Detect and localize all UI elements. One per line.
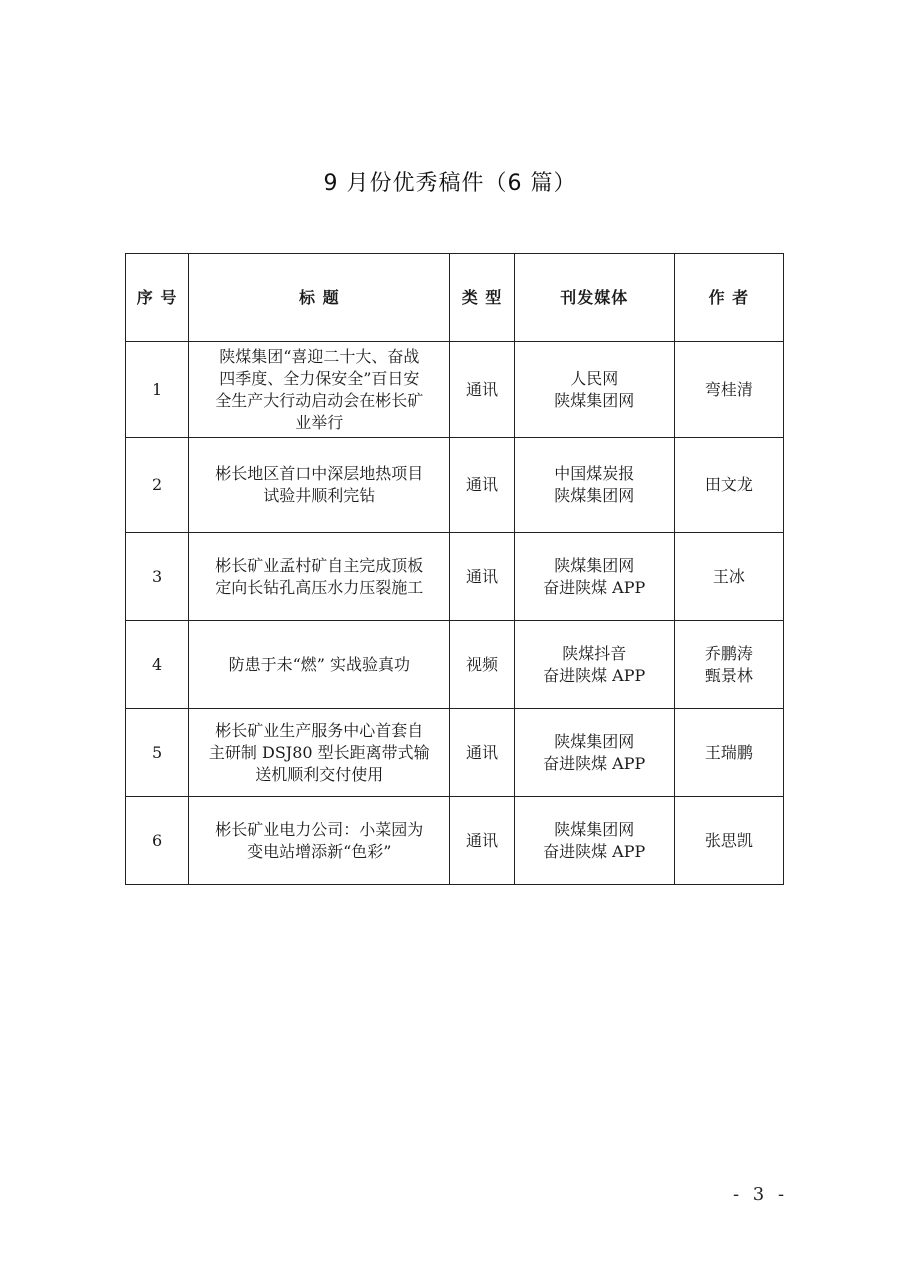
title-line: 全生产大行动启动会在彬长矿 — [195, 390, 443, 412]
cell-type: 通讯 — [450, 797, 514, 885]
title-line: 业举行 — [195, 412, 443, 434]
table-header-row: 序 号 标 题 类 型 刊发媒体 作 者 — [126, 254, 784, 342]
cell-title: 彬长地区首口中深层地热项目 试验井顺利完钻 — [189, 438, 450, 533]
cell-media: 人民网 陕煤集团网 — [514, 342, 674, 438]
header-title: 标 题 — [189, 254, 450, 342]
cell-media: 陕煤抖音 奋进陕煤 APP — [514, 621, 674, 709]
media-line: 陕煤集团网 — [521, 731, 668, 753]
media-line: 中国煤炭报 — [521, 463, 668, 485]
author-line: 王冰 — [681, 566, 777, 588]
title-line: 彬长矿业孟村矿自主完成顶板 — [195, 555, 443, 577]
title-line: 定向长钻孔高压水力压裂施工 — [195, 577, 443, 599]
cell-media: 陕煤集团网 奋进陕煤 APP — [514, 533, 674, 621]
table-row: 2 彬长地区首口中深层地热项目 试验井顺利完钻 通讯 中国煤炭报 陕煤集团网 田… — [126, 438, 784, 533]
table-row: 1 陕煤集团“喜迎二十大、奋战 四季度、全力保安全”百日安 全生产大行动启动会在… — [126, 342, 784, 438]
media-line: 人民网 — [521, 368, 668, 390]
media-line: 奋进陕煤 APP — [521, 753, 668, 775]
cell-media: 陕煤集团网 奋进陕煤 APP — [514, 709, 674, 797]
media-line: 陕煤集团网 — [521, 485, 668, 507]
cell-author: 张思凯 — [674, 797, 783, 885]
media-line: 陕煤集团网 — [521, 555, 668, 577]
title-line: 彬长矿业生产服务中心首套自 — [195, 720, 443, 742]
author-line: 乔鹏涛 — [681, 643, 777, 665]
table-row: 3 彬长矿业孟村矿自主完成顶板 定向长钻孔高压水力压裂施工 通讯 陕煤集团网 奋… — [126, 533, 784, 621]
cell-type: 通讯 — [450, 709, 514, 797]
header-media: 刊发媒体 — [514, 254, 674, 342]
media-line: 奋进陕煤 APP — [521, 841, 668, 863]
media-line: 陕煤集团网 — [521, 819, 668, 841]
media-line: 奋进陕煤 APP — [521, 665, 668, 687]
cell-author: 乔鹏涛 甄景林 — [674, 621, 783, 709]
cell-author: 王瑞鹏 — [674, 709, 783, 797]
title-line: 送机顺利交付使用 — [195, 764, 443, 786]
media-line: 陕煤集团网 — [521, 390, 668, 412]
header-no: 序 号 — [126, 254, 189, 342]
cell-title: 陕煤集团“喜迎二十大、奋战 四季度、全力保安全”百日安 全生产大行动启动会在彬长… — [189, 342, 450, 438]
cell-no: 5 — [126, 709, 189, 797]
cell-title: 彬长矿业生产服务中心首套自 主研制 DSJ80 型长距离带式输 送机顺利交付使用 — [189, 709, 450, 797]
cell-type: 通讯 — [450, 438, 514, 533]
cell-no: 6 — [126, 797, 189, 885]
cell-author: 田文龙 — [674, 438, 783, 533]
cell-type: 通讯 — [450, 342, 514, 438]
title-line: 陕煤集团“喜迎二十大、奋战 — [195, 346, 443, 368]
cell-author: 弯桂清 — [674, 342, 783, 438]
title-line: 变电站增添新“色彩” — [195, 841, 443, 863]
cell-type: 视频 — [450, 621, 514, 709]
author-line: 田文龙 — [681, 474, 777, 496]
header-type: 类 型 — [450, 254, 514, 342]
media-line: 陕煤抖音 — [521, 643, 668, 665]
cell-type: 通讯 — [450, 533, 514, 621]
cell-no: 2 — [126, 438, 189, 533]
page-number: - 3 - — [733, 1184, 788, 1205]
author-line: 弯桂清 — [681, 379, 777, 401]
header-author: 作 者 — [674, 254, 783, 342]
title-line: 彬长矿业电力公司：小菜园为 — [195, 819, 443, 841]
page-title: 9 月份优秀稿件（6 篇） — [0, 166, 900, 197]
table-row: 4 防患于未“燃” 实战验真功 视频 陕煤抖音 奋进陕煤 APP 乔鹏涛 甄景林 — [126, 621, 784, 709]
author-line: 张思凯 — [681, 830, 777, 852]
table-row: 5 彬长矿业生产服务中心首套自 主研制 DSJ80 型长距离带式输 送机顺利交付… — [126, 709, 784, 797]
title-line: 试验井顺利完钻 — [195, 485, 443, 507]
title-line: 防患于未“燃” 实战验真功 — [195, 654, 443, 676]
table-row: 6 彬长矿业电力公司：小菜园为 变电站增添新“色彩” 通讯 陕煤集团网 奋进陕煤… — [126, 797, 784, 885]
cell-author: 王冰 — [674, 533, 783, 621]
cell-no: 4 — [126, 621, 189, 709]
title-line: 彬长地区首口中深层地热项目 — [195, 463, 443, 485]
cell-title: 防患于未“燃” 实战验真功 — [189, 621, 450, 709]
cell-media: 陕煤集团网 奋进陕煤 APP — [514, 797, 674, 885]
cell-no: 1 — [126, 342, 189, 438]
cell-no: 3 — [126, 533, 189, 621]
cell-title: 彬长矿业电力公司：小菜园为 变电站增添新“色彩” — [189, 797, 450, 885]
author-line: 王瑞鹏 — [681, 742, 777, 764]
media-line: 奋进陕煤 APP — [521, 577, 668, 599]
title-line: 四季度、全力保安全”百日安 — [195, 368, 443, 390]
cell-title: 彬长矿业孟村矿自主完成顶板 定向长钻孔高压水力压裂施工 — [189, 533, 450, 621]
cell-media: 中国煤炭报 陕煤集团网 — [514, 438, 674, 533]
author-line: 甄景林 — [681, 665, 777, 687]
excellent-articles-table: 序 号 标 题 类 型 刊发媒体 作 者 1 陕煤集团“喜迎二十大、奋战 四季度… — [125, 253, 784, 885]
title-line: 主研制 DSJ80 型长距离带式输 — [195, 742, 443, 764]
